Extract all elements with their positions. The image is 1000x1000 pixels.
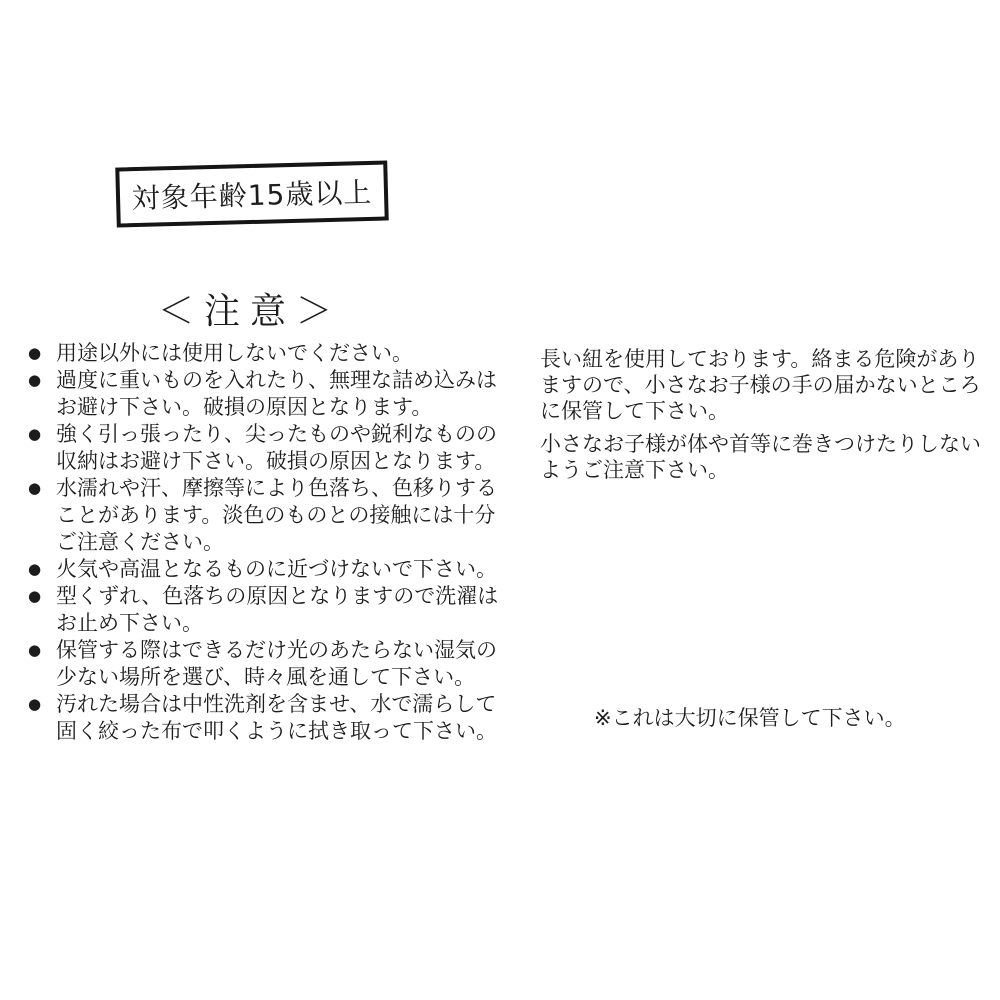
warning-text: 用途以外には使用しないでください。 [56,340,413,367]
warning-text: 水濡れや汗、摩擦等により色落ち、色移りする ことがあります。淡色のものとの接触に… [56,475,497,556]
warning-item: ● 汚れた場合は中性洗剤を含ませ、水で濡らして 固く絞った布で叩くように拭き取っ… [28,691,506,745]
bullet-icon: ● [28,421,56,448]
warning-item: ● 過度に重いものを入れたり、無理な詰め込みは お避け下さい。破損の原因となりま… [28,367,506,421]
caution-heading: ＜注意＞ [30,283,470,334]
bullet-icon: ● [28,583,56,610]
warning-item: ● 強く引っ張ったり、尖ったものや鋭利なものの 収納はお避け下さい。破損の原因と… [28,421,506,475]
warning-text: 過度に重いものを入れたり、無理な詰め込みは お避け下さい。破損の原因となります。 [56,367,497,421]
age-restriction-box: 対象年齢15歳以上 [115,160,388,227]
cord-notice-paragraph: 小さなお子様が体や首等に巻きつけたりしない ようご注意下さい。 [540,431,992,483]
age-restriction-label: 対象年齢15歳以上 [131,171,373,217]
bullet-icon: ● [28,691,56,718]
warning-item: ● 火気や高温となるものに近づけないで下さい。 [28,556,506,583]
warning-text: 型くずれ、色落ちの原因となりますので洗濯は お止め下さい。 [56,583,498,637]
warning-item: ● 用途以外には使用しないでください。 [28,340,506,367]
warning-text: 保管する際はできるだけ光のあたらない湿気の 少ない場所を選び、時々風を通して下さ… [56,637,497,691]
caution-label-document: 対象年齢15歳以上 ＜注意＞ ● 用途以外には使用しないでください。 ● 過度に… [0,0,1000,1000]
bullet-icon: ● [28,340,56,367]
bullet-icon: ● [28,637,56,664]
cord-safety-notice: 長い紐を使用しております。絡まる危険があり ますので、小さなお子様の手の届かない… [540,346,992,483]
warning-item: ● 保管する際はできるだけ光のあたらない湿気の 少ない場所を選び、時々風を通して… [28,637,506,691]
warning-item: ● 水濡れや汗、摩擦等により色落ち、色移りする ことがあります。淡色のものとの接… [28,475,506,556]
bullet-icon: ● [28,556,56,583]
warning-text: 汚れた場合は中性洗剤を含ませ、水で濡らして 固く絞った布で叩くように拭き取って下… [56,691,497,745]
cord-notice-paragraph: 長い紐を使用しております。絡まる危険があり ますので、小さなお子様の手の届かない… [540,346,992,424]
bullet-icon: ● [28,367,56,394]
bullet-icon: ● [28,475,56,502]
warning-item: ● 型くずれ、色落ちの原因となりますので洗濯は お止め下さい。 [28,583,506,637]
warning-text: 火気や高温となるものに近づけないで下さい。 [56,556,497,583]
warning-list: ● 用途以外には使用しないでください。 ● 過度に重いものを入れたり、無理な詰め… [28,340,506,745]
keep-this-note: ※これは大切に保管して下さい。 [594,702,906,732]
warning-text: 強く引っ張ったり、尖ったものや鋭利なものの 収納はお避け下さい。破損の原因となり… [56,421,497,475]
